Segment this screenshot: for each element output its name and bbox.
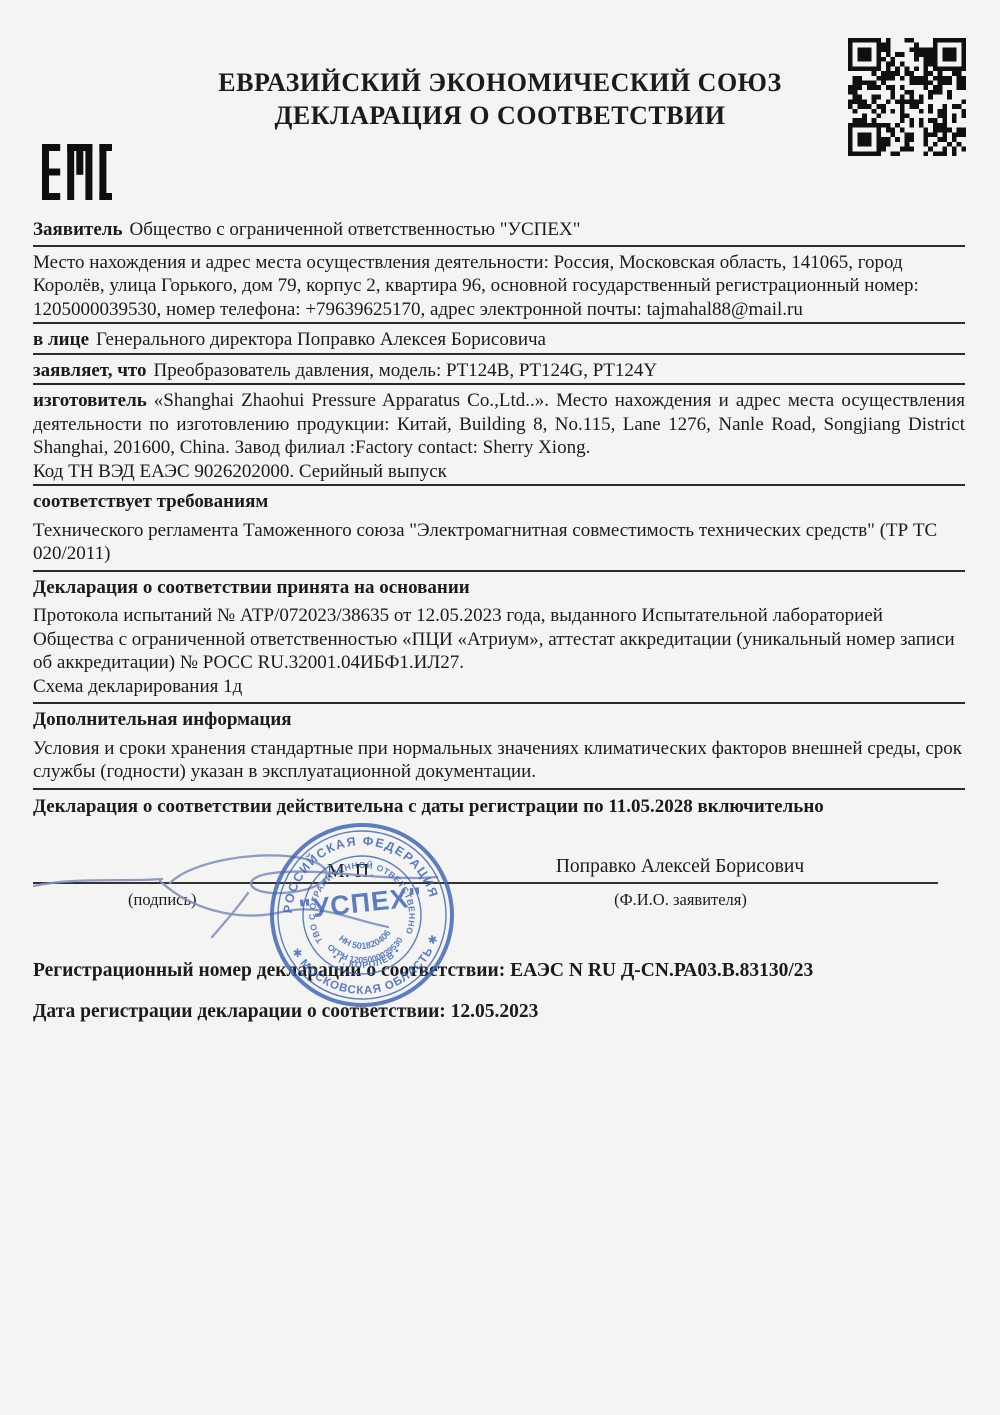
- field-manufacturer: изготовитель«Shanghai Zhaohui Pressure A…: [33, 385, 965, 486]
- additional-heading: Дополнительная информация: [33, 704, 965, 733]
- applicant-value: Общество с ограниченной ответственностью…: [130, 219, 581, 240]
- complies-heading: соответствует требованиям: [33, 486, 965, 515]
- scheme-line: Схема декларирования 1д: [33, 675, 965, 699]
- declares-label: заявляет, что: [33, 360, 147, 381]
- basis-text: Протокола испытаний № АТР/072023/38635 о…: [33, 604, 965, 675]
- address-value: Место нахождения и адрес места осуществл…: [33, 252, 919, 320]
- declarant-name: Поправко Алексей Борисович: [500, 856, 860, 878]
- manufacturer-value: «Shanghai Zhaohui Pressure Apparatus Co.…: [33, 390, 965, 458]
- complies-text: Технического регламента Таможенного союз…: [33, 515, 965, 572]
- basis-block: Протокола испытаний № АТР/072023/38635 о…: [33, 600, 965, 704]
- manufacturer-label: изготовитель: [33, 390, 147, 411]
- eac-logo-icon: [42, 132, 112, 212]
- basis-heading: Декларация о соответствии принята на осн…: [33, 572, 965, 601]
- company-stamp: РОССИЙСКАЯ ФЕДЕРАЦИЯ ✱ МОСКОВСКАЯ ОБЛАСТ…: [262, 815, 462, 1015]
- applicant-label: Заявитель: [33, 219, 123, 240]
- document-page: ЕВРАЗИЙСКИЙ ЭКОНОМИЧЕСКИЙ СОЮЗ ДЕКЛАРАЦИ…: [0, 0, 1000, 1415]
- tnved-line: Код ТН ВЭД ЕАЭС 9026202000. Серийный вып…: [33, 460, 965, 484]
- field-declares: заявляет, чтоПреобразователь давления, м…: [33, 355, 965, 386]
- in-person-value: Генерального директора Поправко Алексея …: [96, 329, 546, 350]
- qr-code: [848, 38, 966, 156]
- registration-date-line: Дата регистрации декларации о соответств…: [33, 1001, 965, 1023]
- validity-line: Декларация о соответствии действительна …: [33, 790, 965, 820]
- manufacturer-paragraph: изготовитель«Shanghai Zhaohui Pressure A…: [33, 389, 965, 460]
- additional-text: Условия и сроки хранения стандартные при…: [33, 733, 965, 790]
- field-in-person: в лицеГенерального директора Поправко Ал…: [33, 324, 965, 355]
- declares-value: Преобразователь давления, модель: PT124B…: [154, 360, 658, 381]
- content: ЗаявительОбщество с ограниченной ответст…: [33, 214, 965, 819]
- declarant-caption: (Ф.И.О. заявителя): [533, 890, 828, 910]
- field-applicant: ЗаявительОбщество с ограниченной ответст…: [33, 214, 965, 247]
- field-address: Место нахождения и адрес места осуществл…: [33, 247, 965, 325]
- in-person-label: в лице: [33, 329, 89, 350]
- registration-number-line: Регистрационный номер декларации о соотв…: [33, 960, 965, 982]
